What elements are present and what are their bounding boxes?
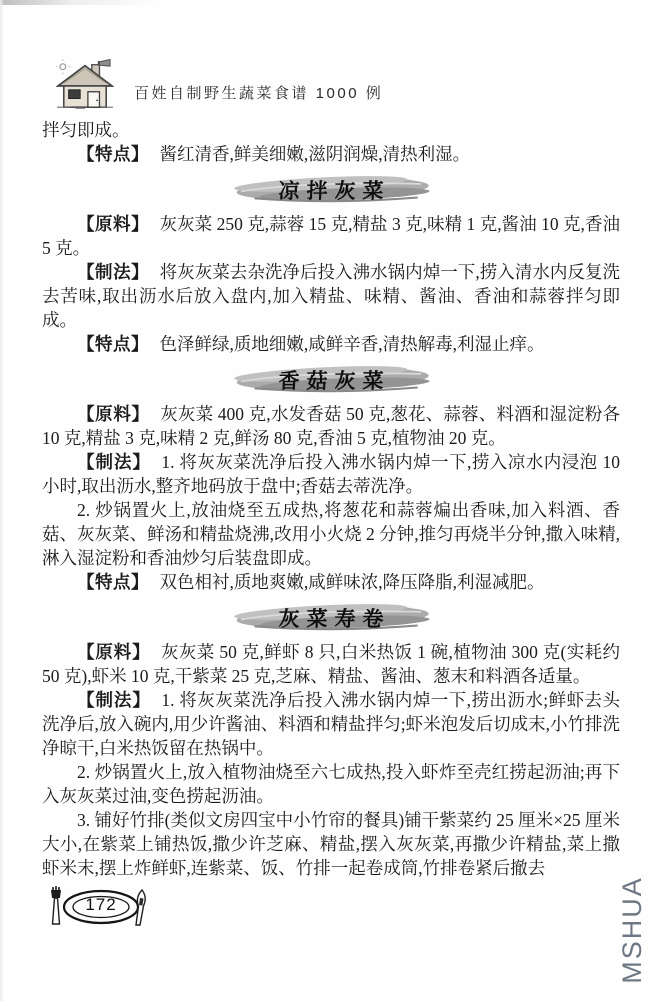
paragraph-label: 【制法】 [77,262,149,282]
watermark-text: MSHUA [617,870,647,990]
section-banner: 凉拌灰菜 [212,172,450,206]
paragraph-step: 3. 铺好竹排(类似文房四宝中小竹帘的餐具)铺干紫菜约 25 厘米×25 厘米大… [42,808,620,880]
paragraph-label: 【原料】 [77,404,150,424]
scan-edge-left [0,0,4,1001]
paragraph-text: 2. 炒锅置火上,放油烧至五成热,将葱花和蒜蓉煸出香味,加入料酒、香菇、灰灰菜、… [42,500,620,568]
paragraph-ingredients: 【原料】灰灰菜 400 克,水发香菇 50 克,葱花、蒜蓉、料酒和湿淀粉各 10… [42,402,620,450]
paragraph-features: 【特点】酱红清香,鲜美细嫩,滋阴润燥,清热利湿。 [42,142,620,166]
page-content: 拌匀即成。 【特点】酱红清香,鲜美细嫩,滋阴润燥,清热利湿。 凉拌灰菜 【原料】… [42,118,620,880]
paragraph-text: 色泽鲜绿,质地细嫩,咸鲜辛香,清热解毒,利湿止痒。 [160,334,545,354]
section-banner: 灰菜寿卷 [212,600,450,634]
paragraph-label: 【制法】 [77,690,151,710]
paragraph-continuation: 拌匀即成。 [42,118,620,142]
paragraph-text: 酱红清香,鲜美细嫩,滋阴润燥,清热利湿。 [160,144,471,164]
paragraph-features: 【特点】双色相衬,质地爽嫩,咸鲜味浓,降压降脂,利湿减肥。 [42,570,620,594]
paragraph-step: 2. 炒锅置火上,放油烧至五成热,将葱花和蒜蓉煸出香味,加入料酒、香菇、灰灰菜、… [42,498,620,570]
paragraph-method: 【制法】1. 将灰灰菜洗净后投入沸水锅内焯一下,捞出沥水;鲜虾去头洗净后,放入碗… [42,688,620,760]
paragraph-text: 拌匀即成。 [42,120,130,140]
book-title: 百姓自制野生蔬菜食谱 1000 例 [134,82,383,103]
scan-edge-top [0,0,180,5]
paragraph-method: 【制法】1. 将灰灰菜洗净后投入沸水锅内焯一下,捞入凉水内浸泡 10 小时,取出… [42,450,620,498]
paragraph-label: 【原料】 [77,214,149,234]
page-footer: 172 [44,884,148,930]
section-title: 灰菜寿卷 [211,603,450,633]
paragraph-text: 2. 炒锅置火上,放入植物油烧至六七成热,投入虾炸至壳红捞起沥油;再下入灰灰菜过… [42,762,620,806]
section-title: 凉拌灰菜 [211,175,450,205]
paragraph-step: 2. 炒锅置火上,放入植物油烧至六七成热,投入虾炸至壳红捞起沥油;再下入灰灰菜过… [42,760,620,808]
house-icon [56,58,114,112]
paragraph-label: 【制法】 [77,452,151,472]
page-header: 百姓自制野生蔬菜食谱 1000 例 [56,58,383,112]
paragraph-label: 【特点】 [77,334,149,354]
section-title: 香菇灰菜 [211,365,450,395]
paragraph-label: 【特点】 [77,572,149,592]
paragraph-features: 【特点】色泽鲜绿,质地细嫩,咸鲜辛香,清热解毒,利湿止痒。 [42,332,620,356]
paragraph-method: 【制法】将灰灰菜去杂洗净后投入沸水锅内焯一下,捞入清水内反复洗去苦味,取出沥水后… [42,260,620,332]
paragraph-ingredients: 【原料】灰灰菜 50 克,鲜虾 8 只,白米热饭 1 碗,植物油 300 克(实… [42,640,620,688]
paragraph-text: 双色相衬,质地爽嫩,咸鲜味浓,降压降脂,利湿减肥。 [160,572,545,592]
paragraph-ingredients: 【原料】灰灰菜 250 克,蒜蓉 15 克,精盐 3 克,味精 1 克,酱油 1… [42,212,620,260]
paragraph-label: 【特点】 [77,144,149,164]
paragraph-text: 3. 铺好竹排(类似文房四宝中小竹帘的餐具)铺干紫菜约 25 厘米×25 厘米大… [42,810,620,878]
page-number: 172 [78,895,124,915]
section-banner: 香菇灰菜 [212,362,450,396]
paragraph-label: 【原料】 [77,642,151,662]
